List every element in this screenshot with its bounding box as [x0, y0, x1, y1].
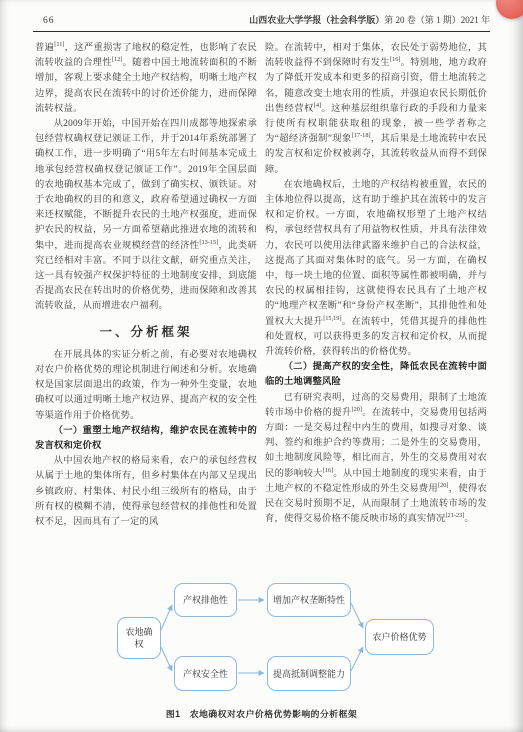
journal-name: 山西农业大学学报（社会科学版）: [249, 15, 384, 25]
node-land-titling: 农地确权: [117, 617, 161, 659]
right-column: 险。在流转中，相对于集体，农民处于弱势地位，其流转收益得不到保障时有发生[16]…: [265, 41, 487, 564]
paragraph: 从2009年开始，中国开始在四川成都等地探索承包经营权确权登记颁证工作，并于20…: [35, 117, 257, 315]
figure-diagram: 农地确权 产权排他性 增加产权垄断特性 产权安全性 提高抵制调整能力 农户价格优…: [35, 578, 488, 700]
citation-superscript: [11]: [54, 41, 64, 48]
node-property-exclusivity: 产权排他性: [174, 583, 237, 617]
paragraph: 险。在流转中，相对于集体，农民处于弱势地位，其流转收益得不到保障时有发生[16]…: [265, 41, 487, 178]
page-number: 66: [33, 16, 55, 26]
citation-superscript: [12]: [112, 56, 123, 63]
paragraph: 在农地确权后，土地的产权结构被重置，农民的主体地位得以提高，这有助于维护其在流转…: [265, 178, 487, 360]
journal-issue: 第 20 卷（第 1 期）2021 年: [384, 15, 490, 25]
node-increase-monopoly: 增加产权垄断特性: [267, 583, 351, 617]
paragraph: 已有研究表明，过高的交易费用，限制了土地流转市场中价格的提升[20]。在流转中，…: [265, 391, 487, 528]
citation-superscript: [21-23]: [445, 512, 464, 519]
page-header: 66 山西农业大学学报（社会科学版）第 20 卷（第 1 期）2021 年: [33, 13, 490, 26]
citation-superscript: [15,19]: [323, 315, 341, 322]
node-resist-adjustment: 提高抵制调整能力: [267, 656, 351, 691]
citation-superscript: [16]: [390, 56, 401, 63]
left-column: 普遍[11]，这严重损害了地权的稳定性，也影响了农民流转收益的合理性[12]。随…: [35, 41, 257, 564]
figure-caption: 图1 农地确权对农户价格优势影响的分析框架: [35, 707, 488, 720]
article-body: 普遍[11]，这严重损害了地权的稳定性，也影响了农民流转收益的合理性[12]。随…: [35, 41, 488, 564]
citation-superscript: [16]: [323, 467, 334, 474]
journal-header: 山西农业大学学报（社会科学版）第 20 卷（第 1 期）2021 年: [249, 13, 490, 26]
subsection-heading: （二）提高产权的安全性，降低农民在流转中面临的土地调整风险: [265, 360, 487, 390]
node-price-advantage: 农户价格优势: [365, 619, 434, 655]
figure-1: 农地确权 产权排他性 增加产权垄断特性 产权安全性 提高抵制调整能力 农户价格优…: [35, 578, 488, 720]
node-property-security: 产权安全性: [174, 656, 237, 691]
citation-superscript: [13-15]: [199, 239, 218, 246]
citation-superscript: [17-18]: [352, 132, 371, 139]
floating-action-button[interactable]: [496, 0, 523, 19]
section-heading: 一、分析框架: [35, 325, 257, 340]
subsection-heading: （一）重塑土地产权结构，维护农民在流转中的发言权和定价权: [35, 424, 257, 454]
paper-page: 66 山西农业大学学报（社会科学版）第 20 卷（第 1 期）2021 年 普遍…: [0, 0, 523, 732]
header-rule: [33, 31, 490, 32]
citation-superscript: [4]: [314, 102, 321, 109]
paragraph: 在开展具体的实证分析之前，有必要对农地确权对农户价格优势的理论机制进行阐述和分析…: [35, 348, 257, 424]
paragraph: 普遍[11]，这严重损害了地权的稳定性，也影响了农民流转收益的合理性[12]。随…: [35, 41, 257, 117]
citation-superscript: [20]: [352, 406, 363, 413]
scanned-paper-page: { "page": { "page_number": "66", "header…: [0, 0, 523, 732]
citation-superscript: [20]: [438, 482, 449, 489]
paragraph: 从中国农地产权的格局来看，农户的承包经营权从属于土地的集体所有，但乡村集体在内部…: [35, 454, 257, 530]
